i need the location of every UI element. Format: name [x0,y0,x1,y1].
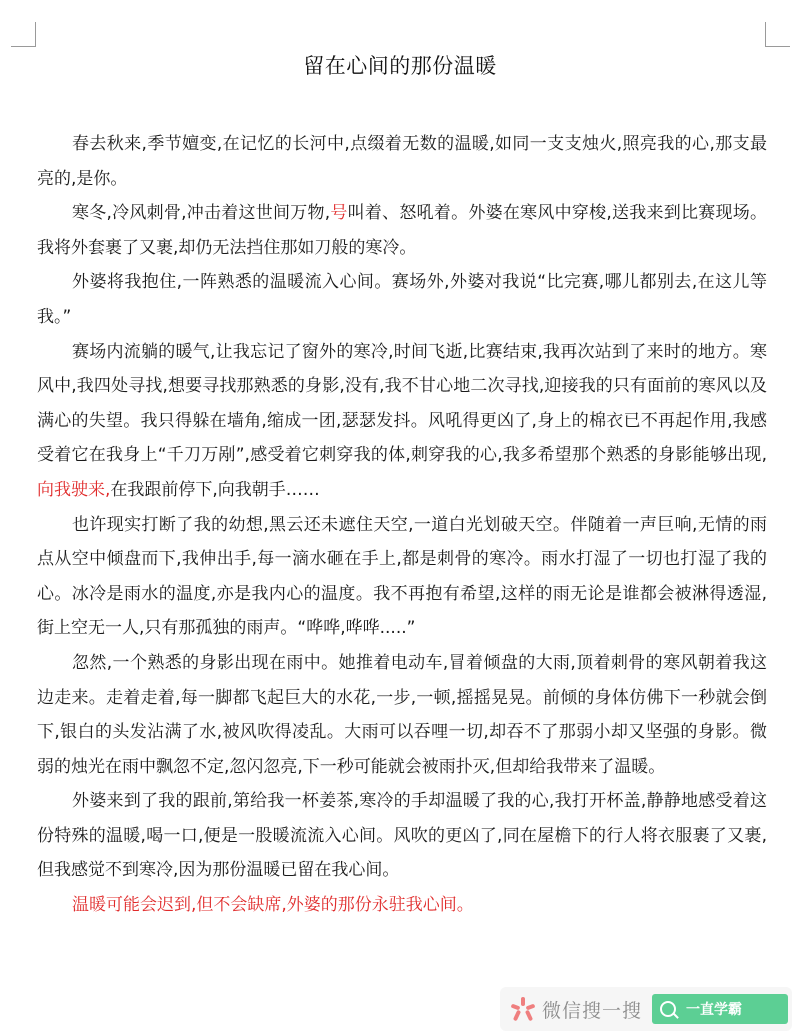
paragraph-7: 外婆来到了我的跟前,第给我一杯姜茶,寒冷的手却温暖了我的心,我打开杯盖,静静地感… [37,784,767,888]
paragraph-6: 忽然,一个熟悉的身影出现在雨中。她推着电动车,冒着倾盘的大雨,顶着刺骨的寒风朝着… [37,646,767,784]
paragraph-text: 忽然,一个熟悉的身影出现在雨中。她推着电动车,冒着倾盘的大雨,顶着刺骨的寒风朝着… [37,653,767,777]
highlighted-text: 温暖可能会迟到,但不会缺席,外婆的那份永驻我心间。 [72,895,474,915]
search-query-button[interactable]: 一直学霸 [652,994,788,1024]
page-corner-mark-top-left [11,22,36,47]
page-corner-mark-top-right [765,22,790,47]
wechat-search-banner[interactable]: 微信搜一搜 一直学霸 [500,987,792,1031]
wechat-search-label: 微信搜一搜 [542,996,642,1023]
paragraph-2: 寒冬,冷风刺骨,冲击着这世间万物,号叫着、怒吼着。外婆在寒风中穿梭,送我来到比赛… [37,196,767,265]
paragraph-text: 在我跟前停下,向我朝手…… [110,480,319,500]
paragraph-5: 也许现实打断了我的幼想,黑云还未遮住天空,一道白光划破天空。伴随着一声巨响,无情… [37,508,767,646]
paragraph-text: 春去秋来,季节嬗变,在记忆的长河中,点缀着无数的温暖,如同一支支烛火,照亮我的心… [37,134,767,189]
paragraph-text: 外婆来到了我的跟前,第给我一杯姜茶,寒冷的手却温暖了我的心,我打开杯盖,静静地感… [37,791,767,880]
paragraph-8-conclusion: 温暖可能会迟到,但不会缺席,外婆的那份永驻我心间。 [37,888,767,923]
highlighted-text: 向我驶来, [37,480,110,500]
paragraph-3: 外婆将我抱住,一阵熟悉的温暖流入心间。赛场外,外婆对我说“比完赛,哪儿都别去,在… [37,265,767,334]
paragraph-text: 寒冬,冷风刺骨,冲击着这世间万物, [72,203,330,223]
paragraph-1: 春去秋来,季节嬗变,在记忆的长河中,点缀着无数的温暖,如同一支支烛火,照亮我的心… [37,127,767,196]
highlighted-text: 号 [330,203,348,223]
document-body: 春去秋来,季节嬗变,在记忆的长河中,点缀着无数的温暖,如同一支支烛火,照亮我的心… [37,127,767,923]
paragraph-text: 外婆将我抱住,一阵熟悉的温暖流入心间。赛场外,外婆对我说“比完赛,哪儿都别去,在… [37,272,767,327]
search-query-text: 一直学霸 [686,999,742,1019]
wechat-search-icon [510,996,536,1022]
paragraph-4: 赛场内流躺的暖气,让我忘记了窗外的寒冷,时间飞逝,比赛结束,我再次站到了来时的地… [37,335,767,508]
paragraph-text: 也许现实打断了我的幼想,黑云还未遮住天空,一道白光划破天空。伴随着一声巨响,无情… [37,515,767,639]
search-icon [660,1001,676,1017]
paragraph-text: 赛场内流躺的暖气,让我忘记了窗外的寒冷,时间飞逝,比赛结束,我再次站到了来时的地… [37,342,767,466]
document-title: 留在心间的那份温暖 [0,50,800,80]
